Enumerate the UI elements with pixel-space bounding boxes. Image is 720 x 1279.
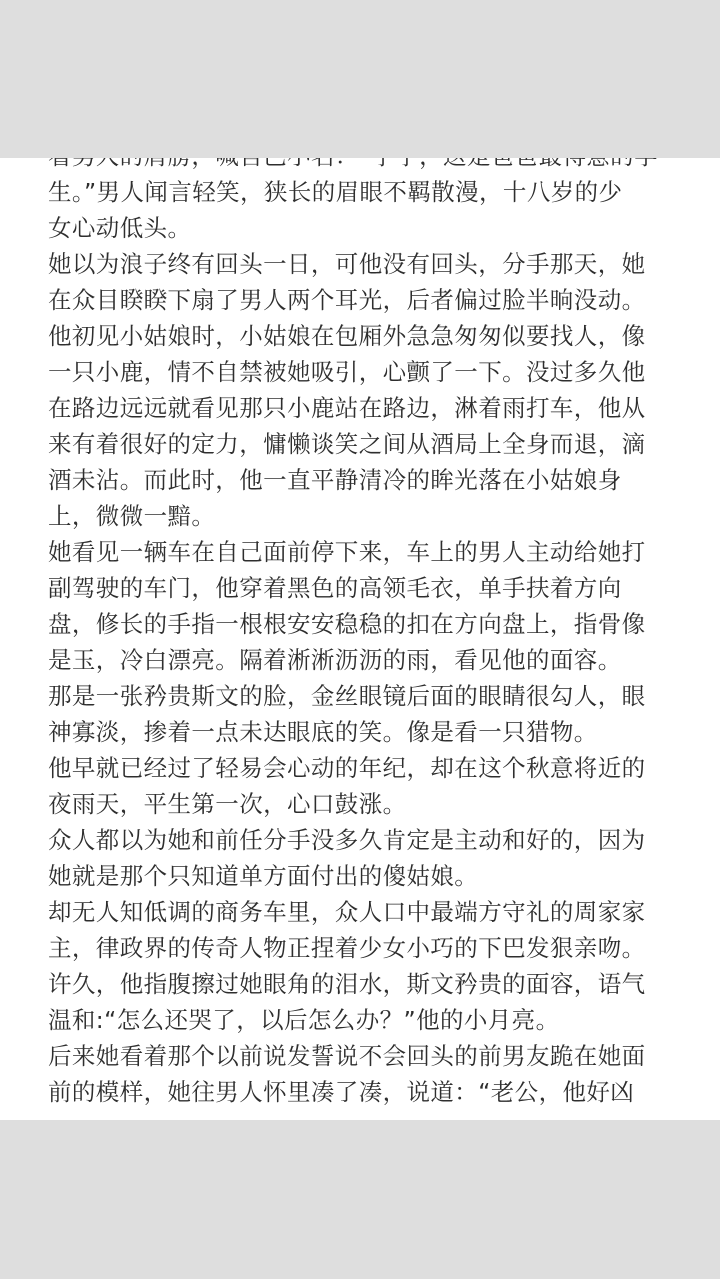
story-text: 看男人的肩膀，喊自己小名：“宁宁，这是爸爸最得意的学 生。”男人闻言轻笑，狭长的… [48, 158, 676, 1110]
text-line: 她以为浪子终有回头一日，可他没有回头，分手那天，她 [48, 246, 676, 282]
text-line: 在众目睽睽下扇了男人两个耳光，后者偏过脸半晌没动。 [48, 282, 676, 318]
text-line: 众人都以为她和前任分手没多久肯定是主动和好的，因为 [48, 822, 676, 858]
text-line: 后来她看着那个以前说发誓说不会回头的前男友跪在她面 [48, 1038, 676, 1074]
text-line: 盘，修长的手指一根根安安稳稳的扣在方向盘上，指骨像 [48, 606, 676, 642]
text-line: 看男人的肩膀，喊自己小名：“宁宁，这是爸爸最得意的学 [48, 158, 676, 174]
text-line: 女心动低头。 [48, 210, 676, 246]
text-line: 是玉，冷白漂亮。隔着淅淅沥沥的雨，看见他的面容。 [48, 642, 676, 678]
document-page: 看男人的肩膀，喊自己小名：“宁宁，这是爸爸最得意的学 生。”男人闻言轻笑，狭长的… [0, 158, 720, 1120]
text-line: 他早就已经过了轻易会心动的年纪，却在这个秋意将近的 [48, 750, 676, 786]
bottom-gray-band [0, 1120, 720, 1279]
text-line: 副驾驶的车门，他穿着黑色的高领毛衣，单手扶着方向 [48, 570, 676, 606]
text-line: 神寡淡，掺着一点未达眼底的笑。像是看一只猎物。 [48, 714, 676, 750]
text-line: 生。”男人闻言轻笑，狭长的眉眼不羁散漫，十八岁的少 [48, 174, 676, 210]
text-line: 许久，他指腹擦过她眼角的泪水，斯文矜贵的面容，语气 [48, 966, 676, 1002]
text-line: 主，律政界的传奇人物正捏着少女小巧的下巴发狠亲吻。 [48, 930, 676, 966]
text-line: 她就是那个只知道单方面付出的傻姑娘。 [48, 858, 676, 894]
text-line: 夜雨天，平生第一次，心口鼓涨。 [48, 786, 676, 822]
text-line: 那是一张矜贵斯文的脸，金丝眼镜后面的眼睛很勾人，眼 [48, 678, 676, 714]
text-line: 温和:“怎么还哭了，以后怎么办？”他的小月亮。 [48, 1002, 676, 1038]
text-line: 他初见小姑娘时，小姑娘在包厢外急急匆匆似要找人，像 [48, 318, 676, 354]
text-line: 酒未沾。而此时，他一直平静清冷的眸光落在小姑娘身 [48, 462, 676, 498]
text-line: 却无人知低调的商务车里，众人口中最端方守礼的周家家 [48, 894, 676, 930]
text-line: 在路边远远就看见那只小鹿站在路边，淋着雨打车，他从 [48, 390, 676, 426]
text-line: 一只小鹿，情不自禁被她吸引，心颤了一下。没过多久他 [48, 354, 676, 390]
text-line: 来有着很好的定力，慵懒谈笑之间从酒局上全身而退，滴 [48, 426, 676, 462]
text-line: 上，微微一黯。 [48, 498, 676, 534]
text-line: 前的模样，她往男人怀里凑了凑，说道：“老公，他好凶 [48, 1074, 676, 1110]
top-gray-band [0, 0, 720, 158]
text-line: 她看见一辆车在自己面前停下来，车上的男人主动给她打 [48, 534, 676, 570]
